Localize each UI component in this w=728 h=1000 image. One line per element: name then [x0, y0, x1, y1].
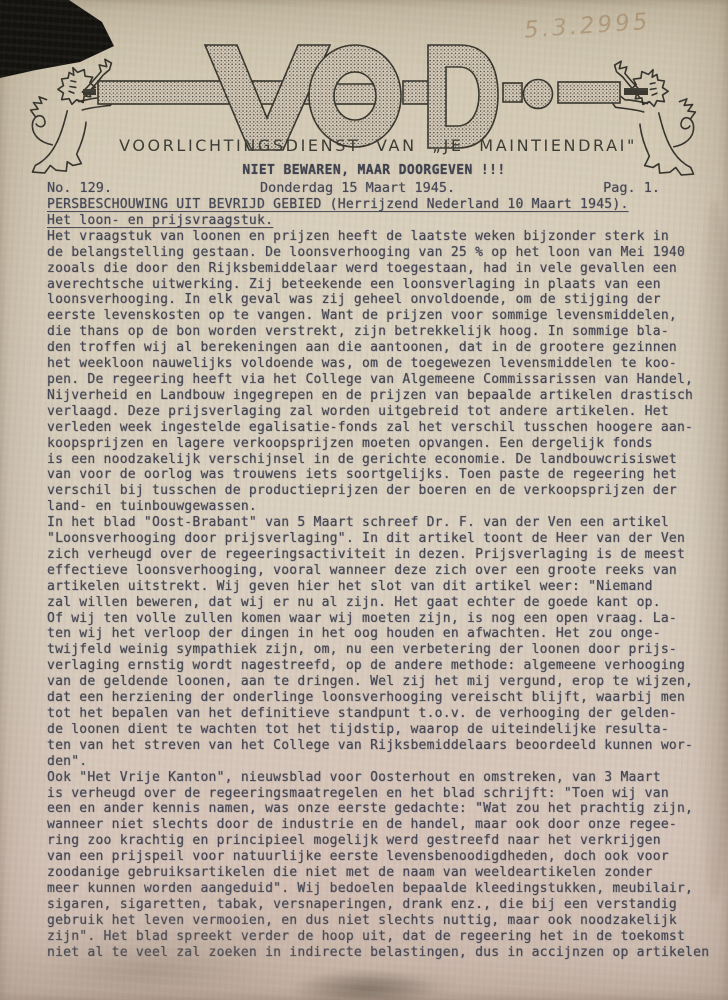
body-line: tot het bepalen van het definitieve stan…: [47, 706, 720, 722]
body-line: wanneer niet slechts door de industrie e…: [47, 817, 720, 833]
body-line: zijn". Het blad spreekt verder de hoop u…: [47, 929, 720, 945]
body-line: zoodanige gebruiksartikelen die niet met…: [47, 865, 720, 881]
body-line: een en ander kennis namen, was onze eers…: [47, 801, 720, 817]
body-line: dat een herziening der onderlinge loonsv…: [47, 690, 720, 706]
band-circle: [524, 80, 553, 109]
article-body: PERSBESCHOUWING UIT BEVRIJD GEBIED (Herr…: [47, 197, 720, 961]
masthead-subtitle: VOORLICHTINGSDIENST VAN „JE MAINTIENDRAI…: [118, 136, 638, 155]
body-line: niet al te veel zal zoeken in indirecte …: [47, 945, 720, 961]
body-line: ten wij het verloop der dingen in het oo…: [47, 626, 720, 642]
document-page: VOORLICHTINGSDIENST VAN „JE MAINTIENDRAI…: [0, 0, 728, 1000]
body-line: eerste levenskosten op te vangen. Want d…: [47, 308, 720, 324]
body-line: zich verheugd over de regeeringsactivite…: [47, 547, 720, 563]
body-line: is een noodzakelijk verschijnsel in de g…: [47, 452, 720, 468]
body-line: de belangstelling gestaan. De loonsverho…: [47, 245, 720, 261]
body-line: "Loonsverhooging door prijsverlaging". I…: [47, 531, 720, 547]
body-line: van voor de oorlog was trouwens iets soo…: [47, 467, 720, 483]
body-line: verleden week ingestelde egalisatie-fond…: [47, 420, 720, 436]
body-line: artikelen uitstrekt. Wij geven hier het …: [47, 579, 720, 595]
body-line: Het vraagstuk van loonen en prijzen heef…: [47, 229, 720, 245]
article-subheading: Het loon- en prijsvraagstuk.: [47, 213, 720, 229]
body-line: het weekloon nauwelijks voldoende was, o…: [47, 356, 720, 372]
body-line: koopsprijzen en lagere verkoopsprijzen m…: [47, 436, 720, 452]
band-segment-od: [403, 81, 429, 104]
issue-date: Donderdag 15 Maart 1945.: [260, 180, 455, 196]
body-line: verlaagd. Deze prijsverlaging zal worden…: [47, 404, 720, 420]
body-line: den".: [47, 754, 720, 770]
body-line: sigaren, sigaretten, tabak, versnapering…: [47, 897, 720, 913]
article-lines: Het vraagstuk van loonen en prijzen heef…: [47, 229, 720, 961]
body-line: ten van het streven van het College van …: [47, 738, 720, 754]
body-line: Ook "Het Vrije Kanton", nieuwsblad voor …: [47, 770, 720, 786]
issue-number: No. 129.: [47, 180, 112, 196]
body-line: verlaging ernstig wordt nagestreefd, op …: [47, 658, 720, 674]
band-segment-o-hole: [330, 84, 380, 104]
body-line: loonsverhooging. In elk geval was zij ge…: [47, 292, 720, 308]
band-dash-left: [83, 89, 96, 95]
page-number: Pag. 1.: [603, 180, 688, 196]
masthead-slogan: NIET BEWAREN, MAAR DOORGEVEN !!!: [10, 163, 728, 178]
body-line: is verheugd over de regeeringsmaatregele…: [47, 786, 720, 802]
body-line: averechtsche uitwerking. Zij beteekende …: [47, 277, 720, 293]
body-line: pen. De regeering heeft via het College …: [47, 372, 720, 388]
band-segment-after-d: [503, 83, 522, 102]
bottom-smudge: [290, 972, 460, 1000]
body-line: Nijverheid en Landbouw ingegrepen en de …: [47, 388, 720, 404]
vod-logo: [80, 38, 652, 152]
body-line: meer kunnen worden aangeduid". Wij bedoe…: [47, 881, 720, 897]
body-line: de loonen dient te wachten tot het tijds…: [47, 722, 720, 738]
logo-letter-d: [428, 45, 498, 148]
handwritten-archive-number: 5.3.2995: [523, 6, 684, 43]
body-line: land- en tuinbouwgewassen.: [47, 499, 720, 515]
body-line: van een prijspeil voor natuurlijke eerst…: [47, 849, 720, 865]
body-line: ring zoo krachtig en principieel mogelij…: [47, 833, 720, 849]
body-line: zooals die door den Rijksbemiddelaar wer…: [47, 261, 720, 277]
body-line: In het blad "Oost-Brabant" van 5 Maart s…: [47, 515, 720, 531]
body-line: Of wij ten volle zullen komen waar wij m…: [47, 611, 720, 627]
body-line: die thans op de bon worden verstrekt, zi…: [47, 324, 720, 340]
article-heading: PERSBESCHOUWING UIT BEVRIJD GEBIED (Herr…: [47, 197, 720, 213]
body-line: zal willen beweren, dat wij er nu al zij…: [47, 595, 720, 611]
body-line: verschil bij tusschen de productieprijze…: [47, 483, 720, 499]
body-line: twijfeld weinig sympathiek zijn, om, nu …: [47, 642, 720, 658]
body-line: effectieve loonsverhooging, vooral wanne…: [47, 563, 720, 579]
band-segment-right: [558, 82, 620, 103]
band-dash-right: [624, 88, 648, 95]
masthead-info-row: No. 129. Donderdag 15 Maart 1945. Pag. 1…: [47, 180, 688, 196]
body-line: van de geldende loonen, aan te dringen. …: [47, 674, 720, 690]
body-line: den troffen wij al berekeningen aan die …: [47, 340, 720, 356]
body-line: gebruik het leven vermooien, en dus niet…: [47, 913, 720, 929]
